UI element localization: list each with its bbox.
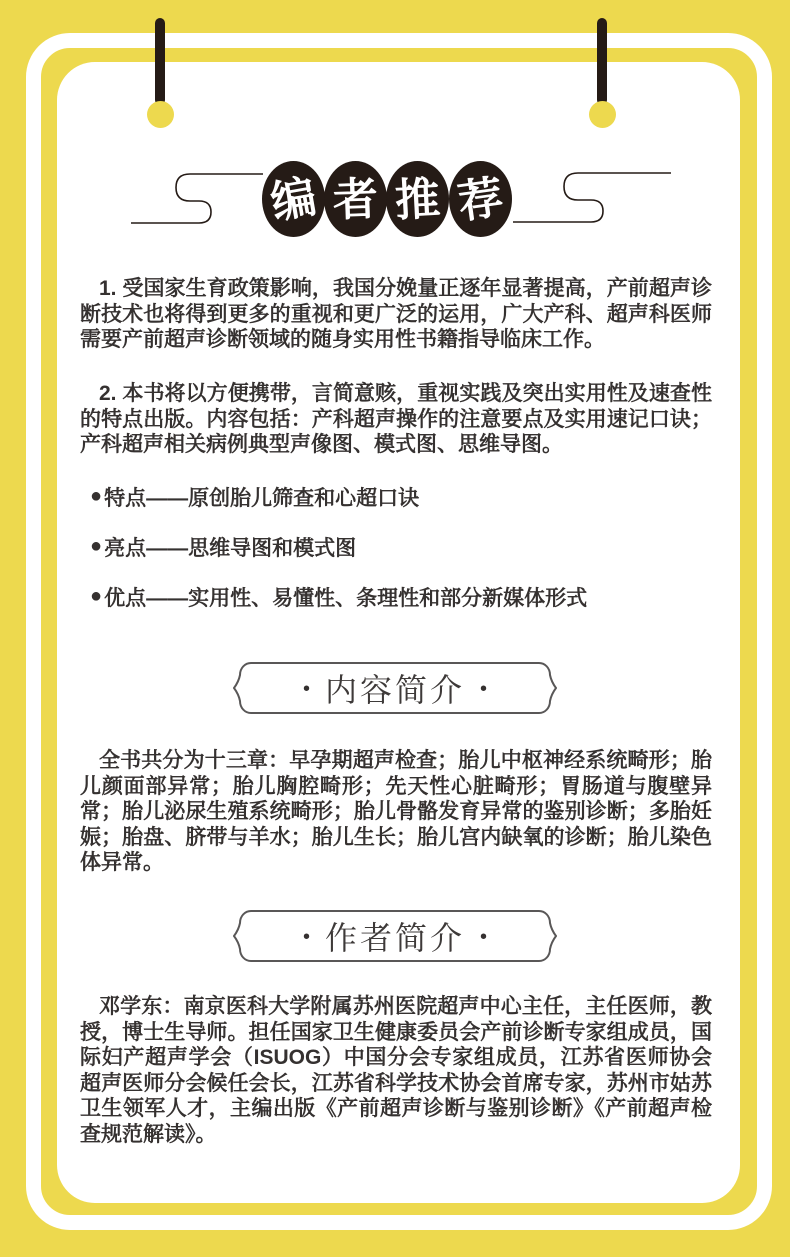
- section-heading: • 内容简介 •: [233, 661, 557, 715]
- bullet-dot-icon: ●: [90, 536, 102, 556]
- content-summary-heading-plaque: • 内容简介 •: [233, 661, 557, 715]
- heading-left-dot-icon: •: [303, 678, 310, 701]
- content-card: 1. 受国家生育政策影响，我国分娩量正逐年显著提高，产前超声诊断技术也将得到更多…: [57, 62, 740, 1203]
- bullet-dot-icon: ●: [90, 486, 102, 506]
- bullet-text: 特点——原创胎儿筛查和心超口诀: [104, 482, 419, 512]
- promo-page-background: 1. 受国家生育政策影响，我国分娩量正逐年显著提高，产前超声诊断技术也将得到更多…: [0, 0, 790, 1257]
- intro-paragraph-2: 2. 本书将以方便携带，言简意赅，重视实践及突出实用性及速查性的特点出版。内容包…: [80, 381, 712, 458]
- bullet-text: 优点——实用性、易懂性、条理性和部分新媒体形式: [104, 582, 587, 612]
- heading-right-dot-icon: •: [480, 678, 487, 701]
- bullet-dot-icon: ●: [90, 586, 102, 606]
- clipboard-pin-left-tip: [147, 101, 174, 128]
- section-heading-text: 作者简介: [325, 913, 465, 959]
- feature-bullet-item: ● 特点——原创胎儿筛查和心超口诀: [90, 482, 720, 512]
- clipboard-pin-right-tip: [589, 101, 616, 128]
- clipboard-pin-left: [155, 18, 165, 105]
- intro-paragraph-1: 1. 受国家生育政策影响，我国分娩量正逐年显著提高，产前超声诊断技术也将得到更多…: [80, 276, 712, 353]
- bullet-text: 亮点——思维导图和模式图: [104, 532, 356, 562]
- highlight-bullet-item: ● 亮点——思维导图和模式图: [90, 532, 720, 562]
- section-heading: • 作者简介 •: [233, 909, 557, 963]
- section-heading-text: 内容简介: [325, 665, 465, 711]
- heading-right-dot-icon: •: [480, 926, 487, 949]
- author-intro-body: 邓学东：南京医科大学附属苏州医院超声中心主任，主任医师，教授，博士生导师。担任国…: [80, 994, 712, 1147]
- author-intro-heading-plaque: • 作者简介 •: [233, 909, 557, 963]
- content-summary-body: 全书共分为十三章：早孕期超声检查；胎儿中枢神经系统畸形；胎儿颜面部异常；胎儿胸腔…: [80, 748, 712, 876]
- heading-left-dot-icon: •: [303, 926, 310, 949]
- clipboard-pin-right: [597, 18, 607, 105]
- advantage-bullet-item: ● 优点——实用性、易懂性、条理性和部分新媒体形式: [90, 582, 720, 612]
